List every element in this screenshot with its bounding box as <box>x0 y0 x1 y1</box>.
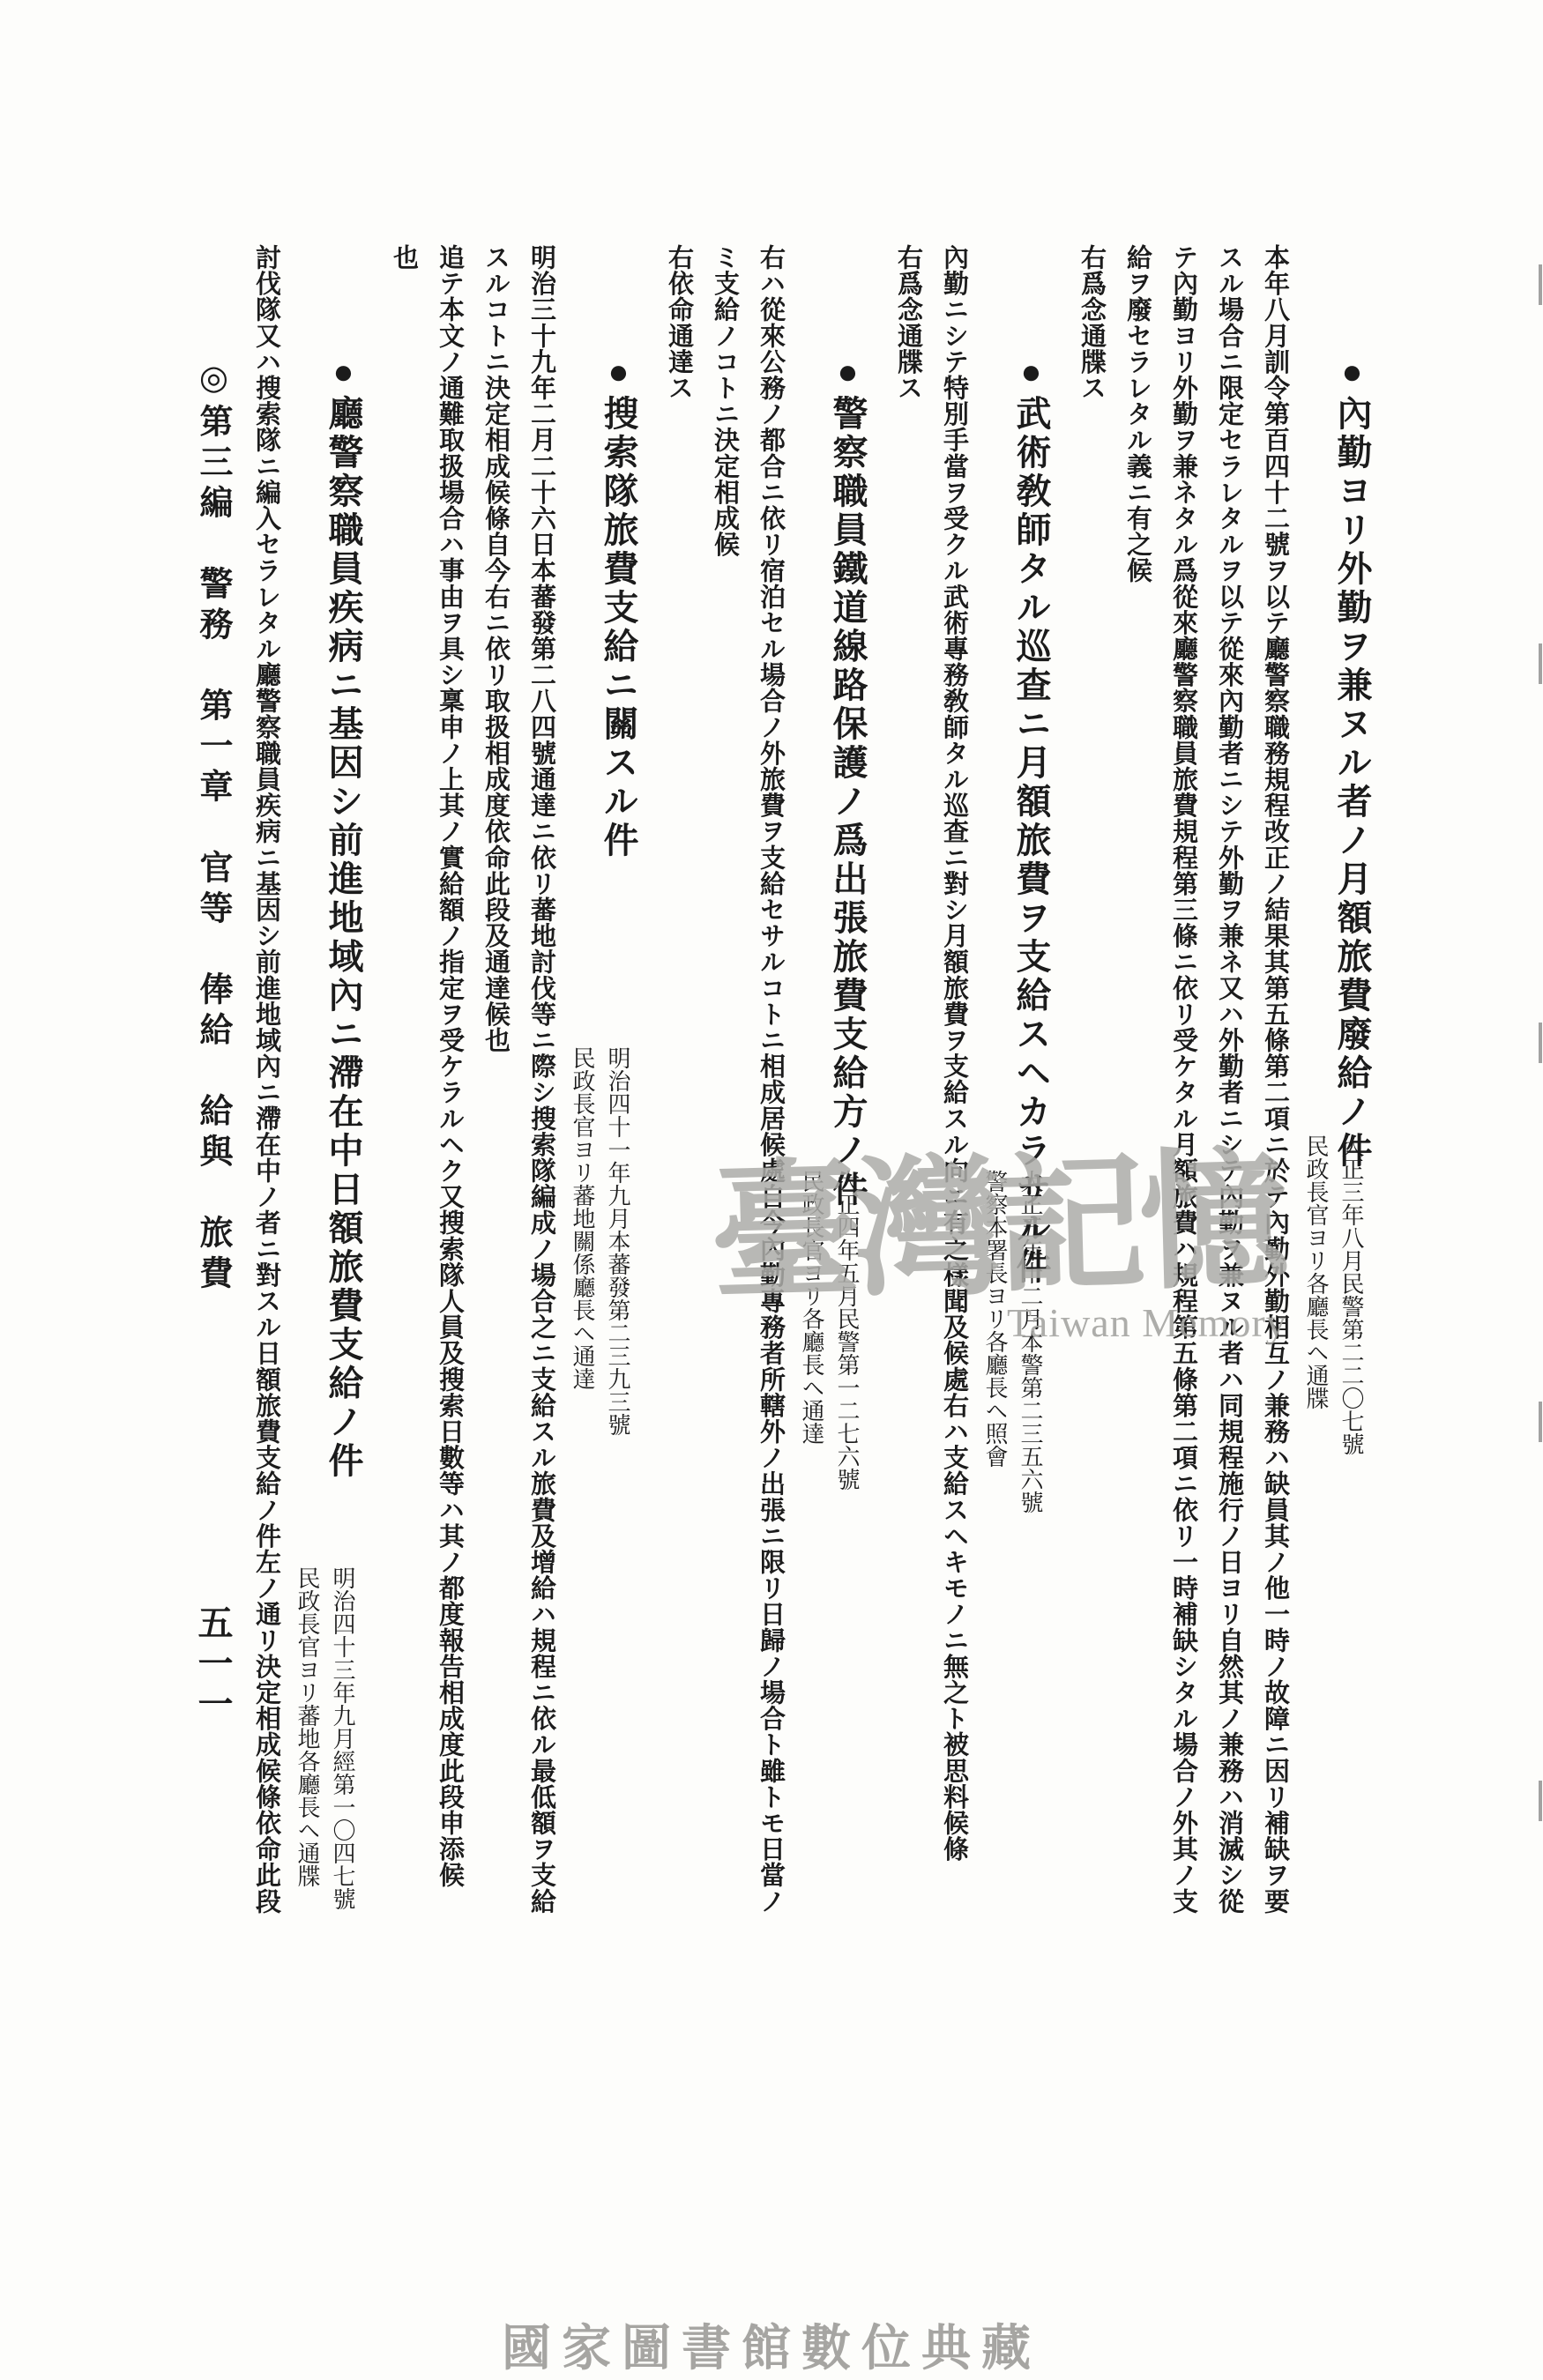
body-column: 右爲念通牒ス <box>1069 244 1114 1928</box>
body-column: 明治三十九年二月二十六日本蕃發第二八四號通達ニ依リ蕃地討伐等ニ際シ搜索隊編成ノ場… <box>518 244 564 1928</box>
gazette-entry: ●警察職員鐵道線路保護ノ爲出張旅費支給方ノ件 大正四年五月民警第一二七六號 民政… <box>656 244 875 1928</box>
body-column: 內勤ニシテ特別手當ヲ受クル武術專務敎師タル巡查ニ對シ月額旅費ヲ支給スル向ニ有之樣… <box>931 244 977 1928</box>
section-margin-header: ◎第三編 警務 第一章 官等 俸給 給與 旅費五一一 <box>192 244 233 1928</box>
body-column: ミ支給ノコトニ決定相成候 <box>702 244 748 1928</box>
margin-header-text: ◎第三編 警務 第一章 官等 俸給 給與 旅費 <box>194 357 231 1296</box>
entry-sender: 民政長官ヨリ蕃地關係廳長ヘ通達 <box>564 1046 600 1928</box>
body-column: 給ヲ廢セラレタル義ニ有之候 <box>1114 244 1160 1928</box>
entry-sender: 警察本署長ヨリ各廳長ヘ照會 <box>977 1170 1012 1928</box>
page-number: 五一一 <box>193 1604 233 1726</box>
body-column: テ內勤ヨリ外勤ヲ兼ネタル爲從來廳警察職員旅費規程第三條ニ依リ受ケタル月額旅費ハ規… <box>1160 244 1206 1928</box>
body-column: 右依命通達ス <box>656 244 702 1928</box>
gazette-entry: ●武術敎師タル巡查ニ月額旅費ヲ支給スヘカラサル件 大正五年十二月本警第二三五六號… <box>885 244 1058 1928</box>
entry-ref-number: 明治四十一年九月本蕃發第二三九三號 <box>600 1046 635 1928</box>
gazette-entry: ●內勤ヨリ外勤ヲ兼ヌル者ノ月額旅費廢給ノ件 大正三年八月民警第二二〇七號 民政長… <box>1069 244 1379 1928</box>
vertical-text-block: ●內勤ヨリ外勤ヲ兼ヌル者ノ月額旅費廢給ノ件 大正三年八月民警第二二〇七號 民政長… <box>173 244 1379 1928</box>
body-column: 右ハ從來公務ノ都合ニ依リ宿泊セル場合ノ外旅費ヲ支給セサルコトニ相成居候處自今內勤… <box>748 244 794 1928</box>
entry-ref-number: 大正五年十二月本警第二三五六號 <box>1012 1170 1047 1928</box>
scan-edge-artifact <box>1539 264 1542 1851</box>
body-column: 追テ本文ノ通難取扱場合ハ事由ヲ具シ稟申ノ上其ノ實給額ノ指定ヲ受ケラルヘク又搜索隊… <box>427 244 473 1928</box>
gazette-entry: ●廳警察職員疾病ニ基因シ前進地域內ニ滯在中日額旅費支給ノ件 明治四十三年九月經第… <box>243 244 370 1928</box>
entry-sender: 民政長官ヨリ各廳長ヘ通達 <box>794 1170 829 1928</box>
body-column: 也 <box>381 244 427 1928</box>
gazette-entry: ●搜索隊旅費支給ニ關スル件 明治四十一年九月本蕃發第二三九三號 民政長官ヨリ蕃地… <box>381 244 645 1928</box>
body-column: 右爲念通牒ス <box>885 244 931 1928</box>
entry-ref-number: 明治四十三年九月經第一〇四七號 <box>324 1566 360 1928</box>
body-column: 本年八月訓令第百四十二號ヲ以テ廳警察職務規程改正ノ結果其第五條第二項ニ於テ內勤外… <box>1252 244 1298 1928</box>
entry-ref-number: 大正四年五月民警第一二七六號 <box>829 1170 864 1928</box>
entry-sender: 民政長官ヨリ各廳長ヘ通牒 <box>1298 1134 1333 1928</box>
library-footer-caption: 國家圖書館數位典藏 <box>502 2309 1041 2380</box>
entry-ref-number: 大正三年八月民警第二二〇七號 <box>1333 1134 1368 1928</box>
document-page: ●內勤ヨリ外勤ヲ兼ヌル者ノ月額旅費廢給ノ件 大正三年八月民警第二二〇七號 民政長… <box>0 0 1543 2380</box>
body-column: 討伐隊又ハ搜索隊ニ編入セラレタル廳警察職員疾病ニ基因シ前進地域內ニ滯在中ノ者ニ對… <box>243 244 289 1928</box>
body-column: スル場合ニ限定セラレタルヲ以テ從來內勤者ニシテ外勤ヲ兼ネ又ハ外勤者ニシテ內勤ヲ兼… <box>1206 244 1252 1928</box>
entry-sender: 民政長官ヨリ蕃地各廳長ヘ通牒 <box>289 1566 324 1928</box>
body-column: スルコトニ決定相成候條自今右ニ依リ取扱相成度依命此段及通達候也 <box>473 244 518 1928</box>
